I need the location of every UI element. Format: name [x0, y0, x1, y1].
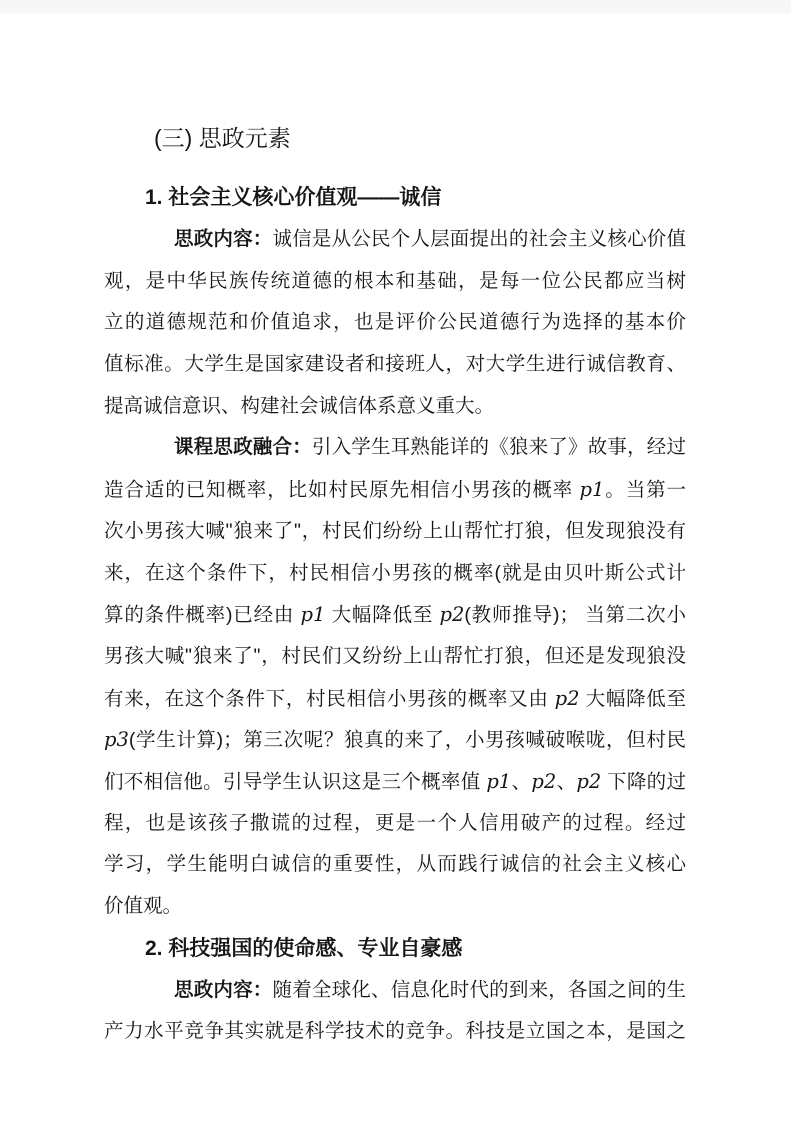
doc-paragraph: 思政内容：随着全球化、信息化时代的到来，各国之间的生产力水平竞争其实就是科学技术… [104, 970, 686, 1053]
text-segment: 产力水平竞争其实就是科学技术的竞争。科技是立国之本，是国之利 [104, 1020, 686, 1053]
text-segment: 值标准。大学生是国家建设者和接班人，对大学生进行诚信教育、 [104, 353, 686, 375]
text-line: 造合适的已知概率，比如村民原先相信小男孩的概率 p1。当第一 [104, 469, 686, 511]
text-segment: 、 [556, 771, 576, 793]
text-segment: 大幅降低至 [580, 688, 686, 710]
text-line: 值标准。大学生是国家建设者和接班人，对大学生进行诚信教育、 [104, 344, 686, 386]
doc-paragraph: 思政内容：诚信是从公民个人层面提出的社会主义核心价值观，是中华民族传统道德的根本… [104, 219, 686, 427]
text-line: 算的条件概率)已经由 p1 大幅降低至 p2(教师推导)； 当第二次小 [104, 594, 686, 636]
text-segment: 下降的过 [601, 771, 686, 793]
text-segment: 有来，在这个条件下，村民相信小男孩的概率又由 [104, 688, 555, 710]
text-line: p3(学生计算)；第三次呢？狼真的来了，小男孩喊破喉咙，但村民 [104, 719, 686, 761]
text-segment: 次小男孩大喊"狼来了"，村民们纷纷上山帮忙打狼，但发现狼没有 [104, 520, 686, 542]
math-variable: p2 [576, 770, 601, 793]
text-line: 有来，在这个条件下，村民相信小男孩的概率又由 p2 大幅降低至 [104, 678, 686, 720]
text-line: 来，在这个条件下，村民相信小男孩的概率(就是由贝叶斯公式计 [104, 553, 686, 595]
text-segment: 程，也是该孩子撒谎的过程，更是一个人信用破产的过程。经过 [104, 812, 686, 834]
text-line: 男孩大喊"狼来了"，村民们又纷纷上山帮忙打狼，但还是发现狼没 [104, 636, 686, 678]
text-line: 产力水平竞争其实就是科学技术的竞争。科技是立国之本，是国之利 [104, 1011, 686, 1053]
text-segment: 们不相信他。引导学生认识这是三个概率值 [104, 771, 486, 793]
text-segment: 来，在这个条件下，村民相信小男孩的概率(就是由贝叶斯公式计 [104, 562, 686, 584]
document-page: (三) 思政元素 1. 社会主义核心价值观——诚信思政内容：诚信是从公民个人层面… [0, 117, 791, 1053]
math-variable: p1 [486, 770, 511, 793]
text-line: 思政内容：随着全球化、信息化时代的到来，各国之间的生 [104, 970, 686, 1012]
doc-heading: 2. 科技强国的使命感、专业自豪感 [145, 928, 686, 970]
document-body: 1. 社会主义核心价值观——诚信思政内容：诚信是从公民个人层面提出的社会主义核心… [104, 177, 686, 1053]
bold-label: 思政内容： [174, 979, 273, 1001]
text-line: 次小男孩大喊"狼来了"，村民们纷纷上山帮忙打狼，但发现狼没有 [104, 511, 686, 553]
text-line: 程，也是该孩子撒谎的过程，更是一个人信用破产的过程。经过 [104, 803, 686, 845]
text-segment: 价值观。 [104, 895, 182, 917]
text-line: 们不相信他。引导学生认识这是三个概率值 p1、p2、p2 下降的过 [104, 761, 686, 803]
text-segment: 立的道德规范和价值追求，也是评价公民道德行为选择的基本价 [104, 311, 686, 333]
text-segment: (学生计算)；第三次呢？狼真的来了，小男孩喊破喉咙，但村民 [129, 729, 686, 751]
math-variable: p1 [580, 478, 605, 501]
text-segment: 学习，学生能明白诚信的重要性，从而践行诚信的社会主义核心 [104, 853, 686, 875]
text-line: 课程思政融合：引入学生耳熟能详的《狼来了》故事，经过构 [104, 427, 686, 469]
text-line: 立的道德规范和价值追求，也是评价公民道德行为选择的基本价 [104, 302, 686, 344]
text-segment: 诚信是从公民个人层面提出的社会主义核心价值 [273, 228, 686, 250]
math-variable: p2 [531, 770, 556, 793]
text-segment: 、 [511, 771, 531, 793]
section-title: (三) 思政元素 [154, 117, 686, 159]
text-line: 观，是中华民族传统道德的根本和基础，是每一位公民都应当树 [104, 261, 686, 303]
bold-label: 课程思政融合： [174, 436, 312, 458]
math-variable: p3 [104, 728, 129, 751]
text-segment: 男孩大喊"狼来了"，村民们又纷纷上山帮忙打狼，但还是发现狼没 [104, 645, 686, 667]
math-variable: p2 [555, 687, 580, 710]
text-segment: 。当第一 [604, 479, 686, 501]
text-line: 提高诚信意识、构建社会诚信体系意义重大。 [104, 386, 686, 428]
bold-label: 思政内容： [174, 228, 273, 250]
math-variable: p2 [439, 603, 464, 626]
doc-heading: 1. 社会主义核心价值观——诚信 [145, 177, 686, 219]
text-segment: 造合适的已知概率，比如村民原先相信小男孩的概率 [104, 479, 580, 501]
text-segment: 观，是中华民族传统道德的根本和基础，是每一位公民都应当树 [104, 270, 686, 292]
doc-paragraph: 课程思政融合：引入学生耳熟能详的《狼来了》故事，经过构造合适的已知概率，比如村民… [104, 427, 686, 927]
page-top-edge [0, 0, 791, 13]
text-segment: 提高诚信意识、构建社会诚信体系意义重大。 [104, 395, 494, 417]
text-line: 价值观。 [104, 886, 686, 928]
text-line: 思政内容：诚信是从公民个人层面提出的社会主义核心价值 [104, 219, 686, 261]
text-line: 学习，学生能明白诚信的重要性，从而践行诚信的社会主义核心 [104, 844, 686, 886]
text-segment: 随着全球化、信息化时代的到来，各国之间的生 [273, 979, 686, 1001]
text-segment: 算的条件概率)已经由 [104, 604, 300, 626]
text-segment: 大幅降低至 [325, 604, 439, 626]
text-segment: (教师推导)； 当第二次小 [464, 604, 686, 626]
math-variable: p1 [300, 603, 325, 626]
